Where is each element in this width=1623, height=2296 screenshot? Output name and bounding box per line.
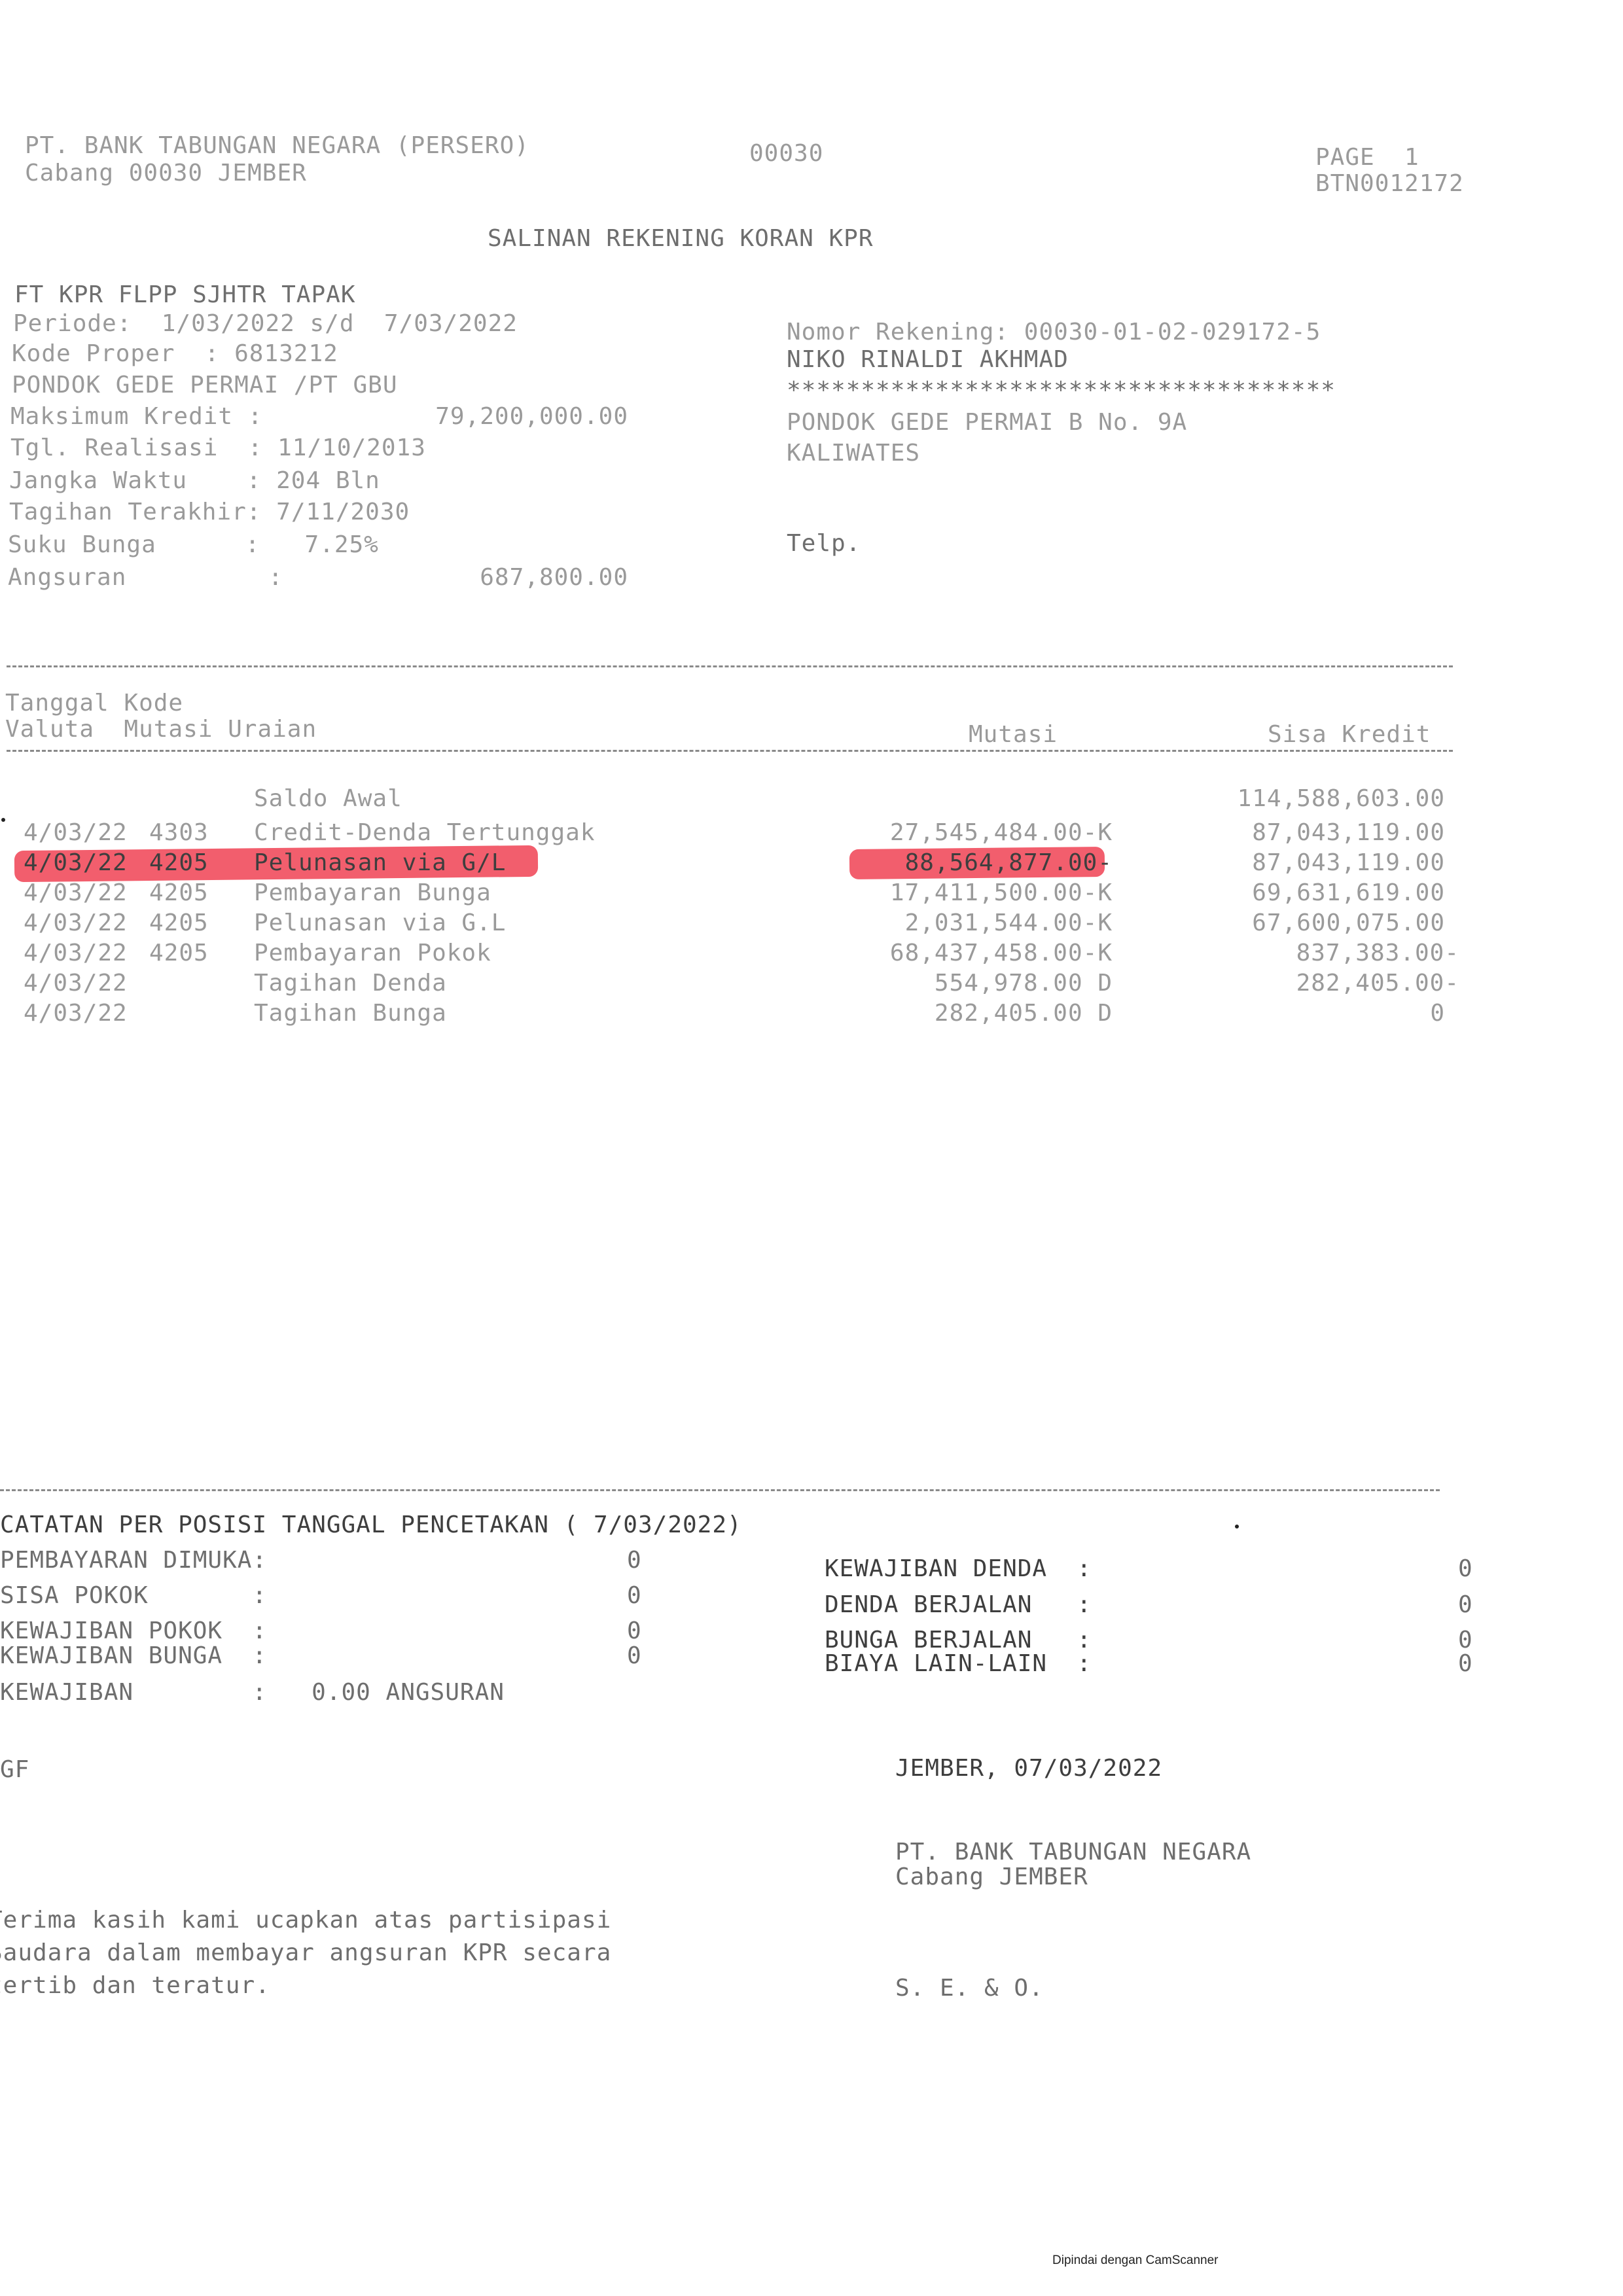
cell-description: Pembayaran Pokok [254, 938, 491, 968]
cell-date: 4/03/22 [24, 818, 128, 848]
thanks-line2: Saudara dalam membayar angsuran KPR seca… [0, 1938, 611, 1968]
star-separator: ************************************* [787, 376, 1336, 406]
summary-sisa-pokok: SISA POKOK : [0, 1581, 267, 1611]
address-line2: KALIWATES [787, 438, 920, 468]
seo-note: S. E. & O. [895, 1973, 1044, 2004]
account-number: Nomor Rekening: 00030-01-02-029172-5 [787, 317, 1321, 347]
angsuran-colon: : [268, 563, 283, 593]
branch-name: Cabang 00030 JEMBER [25, 158, 307, 188]
cell-code: 4205 [149, 878, 209, 908]
cell-sisa-kredit: 0 [1113, 998, 1445, 1029]
phone-label: Telp. [787, 529, 861, 559]
table-header-sisa-kredit: Sisa Kredit [1268, 720, 1431, 750]
angsuran-value: 687,800.00 [393, 563, 628, 593]
cell-mutasi: 282,405.00 D [785, 998, 1113, 1029]
field-label: Maksimum Kredit : [10, 403, 262, 430]
cell-date: 4/03/22 [24, 938, 128, 968]
developer: PONDOK GEDE PERMAI /PT GBU [12, 370, 398, 400]
place-date: JEMBER, 07/03/2022 [895, 1754, 1162, 1784]
cell-sisa-kredit: 837,383.00- [1113, 938, 1459, 968]
period: Periode: 1/03/2022 s/d 7/03/2022 [13, 309, 518, 339]
product-name: FT KPR FLPP SJHTR TAPAK [14, 280, 356, 310]
angsuran: Angsuran [8, 563, 245, 593]
summary-biaya-lain: BIAYA LAIN-LAIN : [825, 1649, 1092, 1679]
summary-kewajiban-bunga-value: 0 [627, 1641, 642, 1671]
cell-sisa-kredit: 87,043,119.00 [1113, 848, 1445, 878]
branch-code: 00030 [749, 139, 823, 169]
cell-sisa-kredit: 69,631,619.00 [1113, 878, 1445, 908]
divider [0, 1489, 1440, 1491]
field-label: Tgl. Realisasi [10, 434, 248, 461]
cell-code: 4205 [149, 848, 209, 878]
cell-description: Credit-Denda Tertunggak [254, 818, 596, 848]
tgl-realisasi: Tgl. Realisasi : 11/10/2013 [10, 433, 426, 463]
cell-sisa-kredit: 114,588,603.00 [1113, 784, 1445, 814]
summary-title: CATATAN PER POSISI TANGGAL PENCETAKAN ( … [0, 1510, 742, 1540]
tagihan-terakhir: Tagihan Terakhir: 7/11/2030 [9, 497, 410, 527]
field-value: : 6813212 [205, 340, 338, 367]
cell-code: 4205 [149, 938, 209, 968]
divider [7, 750, 1453, 752]
bank-signature-line2: Cabang JEMBER [895, 1862, 1088, 1892]
summary-pembayaran-dimuka-value: 0 [627, 1545, 642, 1576]
address-line1: PONDOK GEDE PERMAI B No. 9A [787, 408, 1187, 438]
cell-date: 4/03/22 [24, 848, 128, 878]
cell-mutasi: 2,031,544.00-K [785, 908, 1113, 938]
jangka-waktu: Jangka Waktu : 204 Bln [9, 466, 380, 496]
cell-mutasi: 17,411,500.00-K [785, 878, 1113, 908]
table-header-row2: Valuta Mutasi Uraian [5, 715, 317, 745]
divider [7, 665, 1453, 667]
summary-kewajiban-angsuran: KEWAJIBAN : 0.00 ANGSURAN [0, 1678, 505, 1708]
cell-sisa-kredit: 282,405.00- [1113, 968, 1459, 998]
kode-proper: Kode Proper : 6813212 [12, 339, 338, 369]
stray-dot [1235, 1525, 1239, 1528]
camscanner-watermark: Dipindai dengan CamScanner [1052, 2253, 1219, 2268]
cell-description: Saldo Awal [254, 784, 402, 814]
field-label: Suku Bunga [8, 531, 245, 558]
footer-code: GF [0, 1755, 29, 1785]
cell-description: Tagihan Bunga [254, 998, 447, 1029]
cell-sisa-kredit: 87,043,119.00 [1113, 818, 1445, 848]
field-label: Kode Proper [12, 340, 205, 367]
cell-description: Pelunasan via G/L [254, 848, 506, 878]
cell-description: Pembayaran Bunga [254, 878, 491, 908]
cell-date: 4/03/22 [24, 968, 128, 998]
maksimum-kredit: Maksimum Kredit : [10, 402, 262, 432]
summary-sisa-pokok-value: 0 [627, 1581, 642, 1611]
cell-date: 4/03/22 [24, 998, 128, 1029]
field-label: Tagihan Terakhir: [9, 499, 261, 525]
field-value: : 204 Bln [247, 467, 380, 494]
cell-date: 4/03/22 [24, 908, 128, 938]
cell-code: 4303 [149, 818, 209, 848]
summary-pembayaran-dimuka: PEMBAYARAN DIMUKA: [0, 1545, 267, 1576]
bank-name: PT. BANK TABUNGAN NEGARA (PERSERO) [25, 131, 529, 161]
field-value: 7/11/2030 [261, 499, 410, 525]
table-header-mutasi: Mutasi [969, 720, 1058, 750]
cell-date: 4/03/22 [24, 878, 128, 908]
cell-description: Tagihan Denda [254, 968, 447, 998]
cell-code: 4205 [149, 908, 209, 938]
field-value: : 7.25% [245, 531, 379, 558]
customer-name: NIKO RINALDI AKHMAD [787, 345, 1069, 375]
cell-sisa-kredit: 67,600,075.00 [1113, 908, 1445, 938]
doc-code: BTN0012172 [1315, 169, 1464, 199]
field-value: : 11/10/2013 [248, 434, 426, 461]
summary-kewajiban-bunga: KEWAJIBAN BUNGA : [0, 1641, 267, 1671]
field-label: Jangka Waktu [9, 467, 247, 494]
summary-denda-berjalan-value: 0 [1458, 1590, 1473, 1620]
summary-biaya-lain-value: 0 [1458, 1649, 1473, 1679]
suku-bunga: Suku Bunga : 7.25% [8, 530, 379, 560]
summary-denda-berjalan: DENDA BERJALAN : [825, 1590, 1092, 1620]
summary-kewajiban-denda: KEWAJIBAN DENDA : [825, 1554, 1092, 1584]
cell-mutasi: 27,545,484.00-K [785, 818, 1113, 848]
cell-description: Pelunasan via G.L [254, 908, 506, 938]
maksimum-kredit-value: 79,200,000.00 [393, 402, 628, 432]
cell-mutasi: 554,978.00 D [785, 968, 1113, 998]
cell-mutasi: 68,437,458.00-K [785, 938, 1113, 968]
margin-mark [1, 818, 5, 822]
thanks-line1: Terima kasih kami ucapkan atas partisipa… [0, 1905, 611, 1935]
cell-mutasi: 88,564,877.00- [785, 848, 1113, 878]
summary-kewajiban-denda-value: 0 [1458, 1554, 1473, 1584]
document-title: SALINAN REKENING KORAN KPR [488, 224, 874, 254]
thanks-line3: tertib dan teratur. [0, 1971, 270, 2001]
